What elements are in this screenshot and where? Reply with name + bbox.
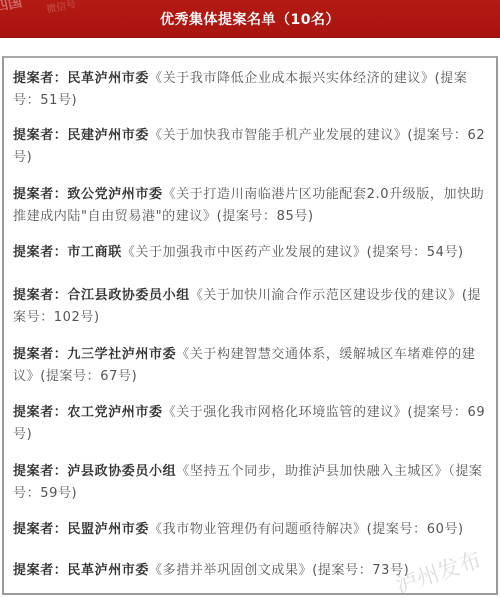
watermark-text: 微信号 (45, 0, 77, 16)
list-item: 提案者：泸县政协委员小组《坚持五个同步，助推泸县加快融入主城区》（提案号：59号… (13, 461, 486, 505)
list-item: 提案者：民革泸州市委《关于我市降低企业成本振兴实体经济的建议》(提案号：51号) (13, 68, 486, 112)
proposer-label: 提案者： (13, 405, 67, 420)
list-item: 提案者：合江县政协委员小组《关于加快川渝合作示范区建设步伐的建议》(提案号：10… (13, 285, 486, 329)
proposer-org: 致公党泸州市委 (67, 187, 162, 202)
proposer-org: 农工党泸州市委 (67, 405, 162, 420)
proposal-number: (提案号：73号) (312, 563, 409, 578)
proposer-org: 民革泸州市委 (67, 563, 149, 578)
proposer-label: 提案者： (13, 347, 67, 362)
proposer-org: 泸县政协委员小组 (67, 464, 176, 479)
proposal-number: (提案号：67号) (40, 369, 137, 384)
proposer-org: 民建泸州市委 (67, 128, 149, 143)
proposer-org: 民盟泸州市委 (67, 522, 149, 537)
list-item: 提案者：农工党泸州市委《关于强化我市网格化环境监管的建议》(提案号：69号) (13, 402, 486, 446)
proposal-title: 《坚持五个同步，助推泸县加快融入主城区》 (176, 464, 448, 479)
page-title: 优秀集体提案名单（10名） (160, 9, 340, 29)
list-item: 提案者：市工商联《关于加强我市中医药产业发展的建议》(提案号：54号) (13, 242, 486, 264)
proposal-title: 《关于强化我市网格化环境监管的建议》 (163, 405, 408, 420)
proposal-list: 提案者：民革泸州市委《关于我市降低企业成本振兴实体经济的建议》(提案号：51号)… (2, 56, 498, 595)
proposer-org: 九三学社泸州市委 (67, 347, 176, 362)
proposal-title: 《关于加快川渝合作示范区建设步伐的建议》 (190, 288, 462, 303)
list-item: 提案者：九三学社泸州市委《关于构建智慧交通体系，缓解城区车堵难停的建议》(提案号… (13, 344, 486, 388)
list-item: 提案者：民革泸州市委《多措并举巩固创文成果》(提案号：73号) (13, 560, 486, 582)
header-banner: 四国 微信号 优秀集体提案名单（10名） (0, 0, 500, 37)
proposer-label: 提案者： (13, 245, 67, 260)
proposer-org: 市工商联 (67, 245, 121, 260)
proposal-title: 《关于加强我市中医药产业发展的建议》 (122, 245, 367, 260)
proposer-label: 提案者： (13, 71, 67, 86)
proposer-label: 提案者： (13, 128, 67, 143)
proposal-number: (提案号：60号) (367, 522, 464, 537)
proposal-number: (提案号：54号) (367, 245, 464, 260)
page: 四国 微信号 优秀集体提案名单（10名） 提案者：民革泸州市委《关于我市降低企业… (0, 0, 500, 598)
proposer-org: 民革泸州市委 (67, 71, 149, 86)
list-item: 提案者：致公党泸州市委《关于打造川南临港片区功能配套2.0升级版，加快助推建成内… (13, 184, 486, 228)
list-item: 提案者：民建泸州市委《关于加快我市智能手机产业发展的建议》(提案号：62号) (13, 125, 486, 169)
proposer-label: 提案者： (13, 187, 67, 202)
proposer-label: 提案者： (13, 288, 67, 303)
proposal-title: 《关于加快我市智能手机产业发展的建议》 (149, 128, 407, 143)
proposal-title: 《我市物业管理仍有问题亟待解决》 (149, 522, 367, 537)
proposal-title: 《多措并举巩固创文成果》 (149, 563, 312, 578)
proposal-number: (提案号：85号) (217, 209, 314, 224)
proposer-org: 合江县政协委员小组 (67, 288, 189, 303)
proposer-label: 提案者： (13, 522, 67, 537)
proposal-title: 《关于我市降低企业成本振兴实体经济的建议》 (149, 71, 435, 86)
proposer-label: 提案者： (13, 563, 67, 578)
list-item: 提案者：民盟泸州市委《我市物业管理仍有问题亟待解决》(提案号：60号) (13, 519, 486, 541)
proposer-label: 提案者： (13, 464, 67, 479)
watermark-logo: 四国 (0, 0, 24, 17)
